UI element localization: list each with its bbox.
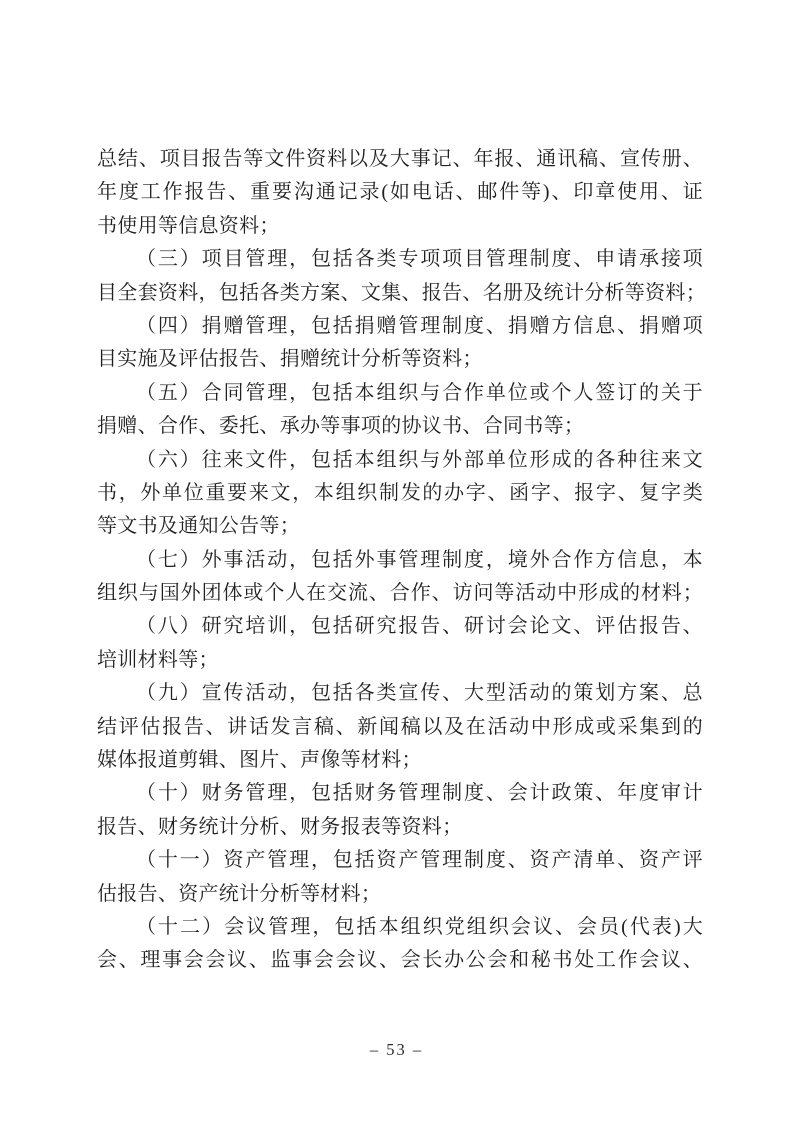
text-line-item-11: （十一）资产管理，包括资产管理制度、资产清单、资产评 bbox=[97, 844, 703, 877]
text-line-item-5: （五）合同管理，包括本组织与合作单位或个人签订的关于 bbox=[97, 377, 703, 410]
text-line-item-3: （三）项目管理，包括各类专项项目管理制度、申请承接项 bbox=[97, 243, 703, 276]
text-line: 结评估报告、讲话发言稿、新闻稿以及在活动中形成或采集到的 bbox=[97, 711, 703, 744]
text-line-item-9: （九）宣传活动，包括各类宣传、大型活动的策划方案、总 bbox=[97, 677, 703, 710]
body-text-block: 总结、项目报告等文件资料以及大事记、年报、通讯稿、宣传册、 年度工作报告、重要沟… bbox=[97, 143, 703, 978]
text-line: 报告、财务统计分析、财务报表等资料； bbox=[97, 811, 703, 844]
text-line: 目实施及评估报告、捐赠统计分析等资料； bbox=[97, 343, 703, 376]
text-line-item-6: （六）往来文件，包括本组织与外部单位形成的各种往来文 bbox=[97, 444, 703, 477]
text-line: 目全套资料，包括各类方案、文集、报告、名册及统计分析等资料； bbox=[97, 277, 703, 310]
text-line: 年度工作报告、重要沟通记录(如电话、邮件等)、印章使用、证 bbox=[97, 176, 703, 209]
text-line: 书使用等信息资料； bbox=[97, 210, 703, 243]
text-line: 会、理事会会议、监事会会议、会长办公会和秘书处工作会议、 bbox=[97, 944, 703, 977]
text-line: 总结、项目报告等文件资料以及大事记、年报、通讯稿、宣传册、 bbox=[97, 143, 703, 176]
text-line: 媒体报道剪辑、图片、声像等材料； bbox=[97, 744, 703, 777]
text-line-item-8: （八）研究培训，包括研究报告、研讨会论文、评估报告、 bbox=[97, 610, 703, 643]
text-line: 等文书及通知公告等； bbox=[97, 510, 703, 543]
text-line: 捐赠、合作、委托、承办等事项的协议书、合同书等； bbox=[97, 410, 703, 443]
text-line: 培训材料等； bbox=[97, 644, 703, 677]
text-line-item-12: （十二）会议管理，包括本组织党组织会议、会员(代表)大 bbox=[97, 911, 703, 944]
text-line: 估报告、资产统计分析等材料； bbox=[97, 878, 703, 911]
text-line: 组织与国外团体或个人在交流、合作、访问等活动中形成的材料； bbox=[97, 577, 703, 610]
page-number: – 53 – bbox=[0, 1040, 793, 1060]
text-line-item-7: （七）外事活动，包括外事管理制度，境外合作方信息，本 bbox=[97, 544, 703, 577]
text-line: 书，外单位重要来文，本组织制发的办字、函字、报字、复字类 bbox=[97, 477, 703, 510]
text-line-item-10: （十）财务管理，包括财务管理制度、会计政策、年度审计 bbox=[97, 777, 703, 810]
text-line-item-4: （四）捐赠管理，包括捐赠管理制度、捐赠方信息、捐赠项 bbox=[97, 310, 703, 343]
document-page: 总结、项目报告等文件资料以及大事记、年报、通讯稿、宣传册、 年度工作报告、重要沟… bbox=[0, 0, 793, 1122]
